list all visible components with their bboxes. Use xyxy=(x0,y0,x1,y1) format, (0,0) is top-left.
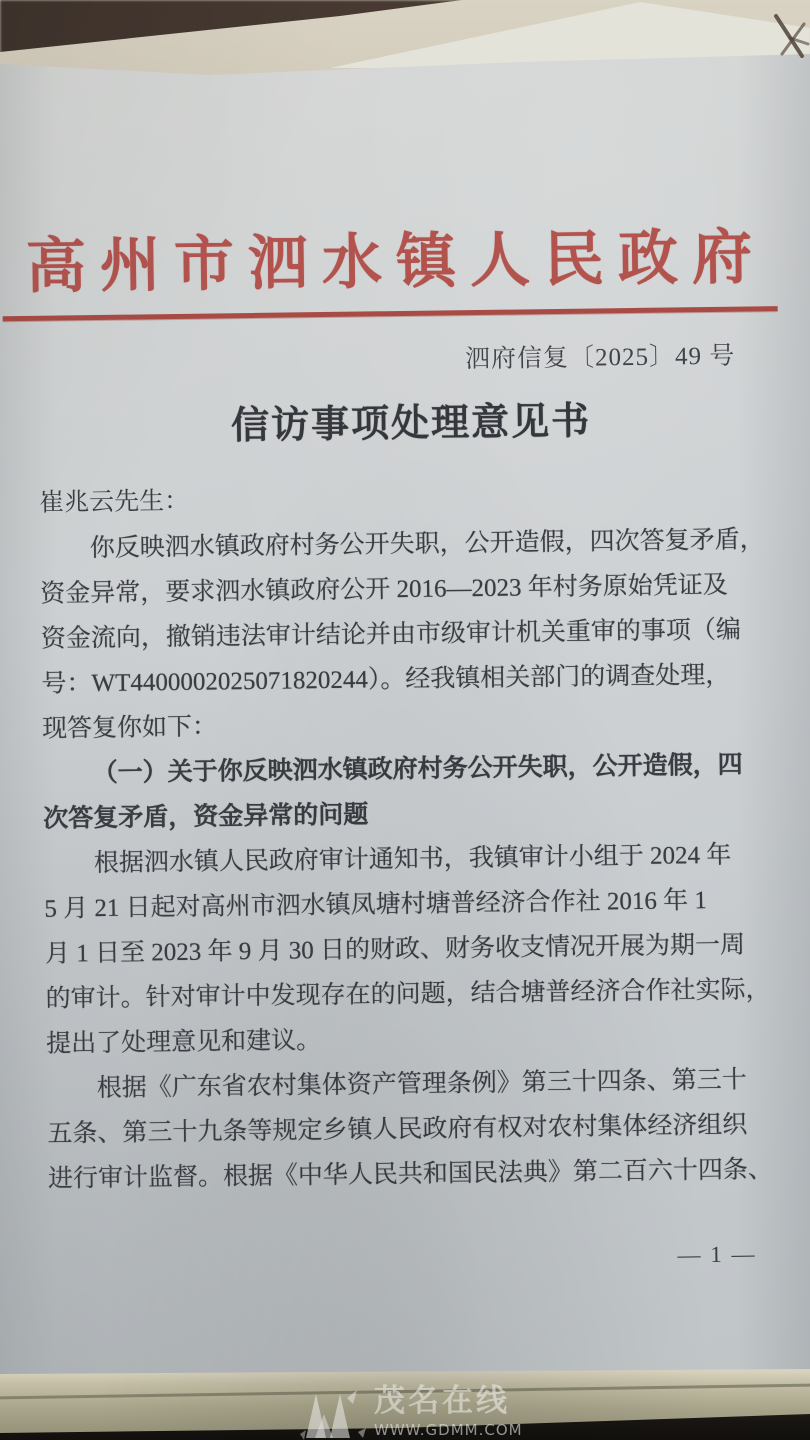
body-line-heading: （一）关于你反映泗水镇政府村务公开失职，公开造假，四 xyxy=(42,742,755,796)
page-number: — 1 — xyxy=(652,1241,782,1269)
twig-mark xyxy=(768,10,810,73)
body-text: 你反映泗水镇政府村务公开失职，公开造假，四次答复矛盾， 资金异常，要求泗水镇政府… xyxy=(39,517,760,1201)
twig-mark-icon xyxy=(768,10,810,68)
watermark: 茂名在线 WWW.GDMM.COM xyxy=(300,1384,523,1440)
photo-scene: 高州市泗水镇人民政府 泗府信复〔2025〕49 号 信访事项处理意见书 崔兆云先… xyxy=(0,0,810,1440)
body-line: 进行审计监督。根据《中华人民共和国民法典》第二百六十四条、 xyxy=(48,1147,761,1201)
watermark-site-name: 茂名在线 xyxy=(374,1384,523,1418)
document-content: 高州市泗水镇人民政府 泗府信复〔2025〕49 号 信访事项处理意见书 崔兆云先… xyxy=(0,0,810,1440)
salutation: 崔兆云先生： xyxy=(39,486,189,520)
watermark-site-url: WWW.GDMM.COM xyxy=(374,1420,523,1440)
letterhead-red-rule xyxy=(3,306,778,321)
body-line: 号：WT4400002025071820244）。经我镇相关部门的调查处理， xyxy=(41,652,754,706)
gdmm-triangle-m-logo-icon xyxy=(300,1388,366,1440)
document-number: 泗府信复〔2025〕49 号 xyxy=(465,342,736,376)
body-line: 的审计。针对审计中发现存在的问题，结合塘普经济合作社实际， xyxy=(45,967,758,1021)
letterhead-title: 高州市泗水镇人民政府 xyxy=(0,221,794,304)
watermark-text: 茂名在线 WWW.GDMM.COM xyxy=(374,1384,523,1440)
document-title: 信访事项处理意见书 xyxy=(6,397,810,452)
document-sheet: 高州市泗水镇人民政府 泗府信复〔2025〕49 号 信访事项处理意见书 崔兆云先… xyxy=(0,0,810,1440)
